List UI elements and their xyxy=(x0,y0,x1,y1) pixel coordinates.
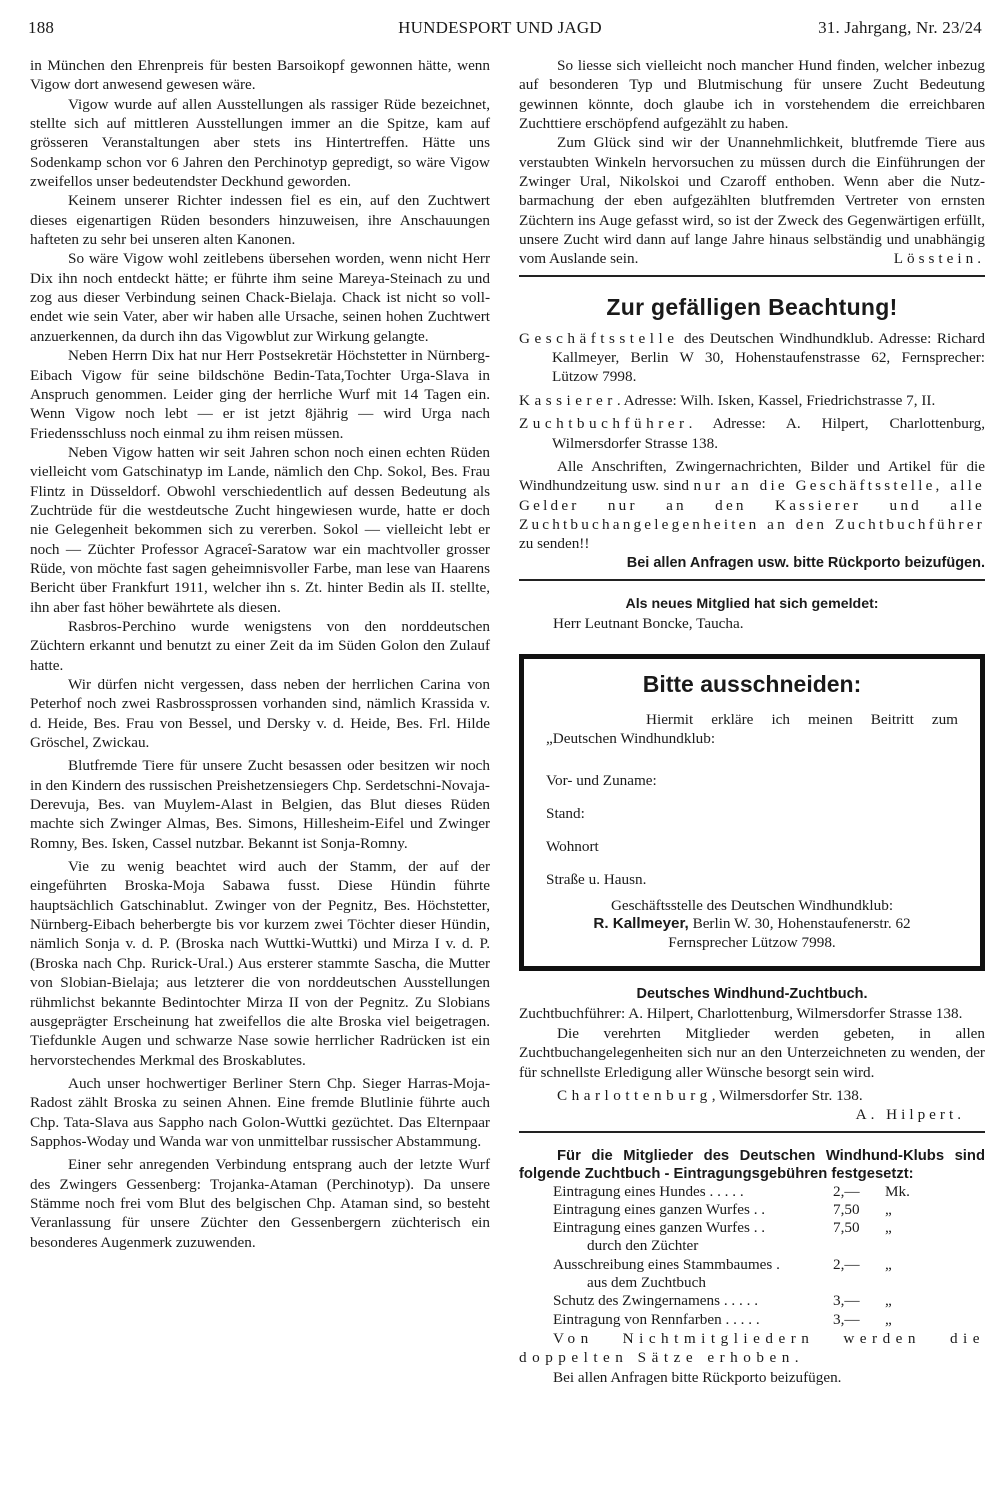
fee-row: Ausschreibung eines Stammbaumes .2,—„ xyxy=(519,1256,985,1274)
article-paragraph: Neben Herrn Dix hat nur Herr Postsekretä… xyxy=(30,346,490,443)
fee-row: Eintragung von Rennfarben . . . . .3,—„ xyxy=(519,1311,985,1329)
article-paragraph: So wäre Vigow wohl zeitlebens übersehen … xyxy=(30,249,490,346)
left-column: in München den Ehrenpreis für besten Bar… xyxy=(30,56,490,1252)
fee-amount: 2,— xyxy=(833,1256,885,1274)
section-divider xyxy=(519,275,985,277)
form-field-residence[interactable]: Wohnort xyxy=(546,837,958,856)
address-street: Berlin W. 30, Hohenstaufenerstr. 62 xyxy=(689,915,911,932)
fee-subtext: aus dem Zuchtbuch xyxy=(519,1274,985,1292)
article-paragraph: Einer sehr anregenden Verbindung entspra… xyxy=(30,1155,490,1252)
fees-nonmember-note: Von Nichtmitgliedern werden die doppelte… xyxy=(519,1329,985,1368)
fee-row: Eintragung eines ganzen Wurfes . .7,50„ xyxy=(519,1219,985,1237)
right-column: So liesse sich vielleicht noch mancher H… xyxy=(519,56,985,1387)
studbook-keeper: Zuchtbuchführer: A. Hilpert, Charlottenb… xyxy=(519,1004,985,1023)
article-paragraph: Keinem unserer Richter indessen fiel es … xyxy=(30,191,490,249)
article-paragraph: Vigow wurde auf allen Ausstellungen als … xyxy=(30,95,490,192)
address-name: R. Kallmeyer, xyxy=(593,915,688,932)
fee-unit: „ xyxy=(885,1256,925,1274)
fees-closing: Bei allen Anfragen bitte Rückporto beizu… xyxy=(519,1368,985,1387)
studbook-heading: Deutsches Windhund-Zuchtbuch. xyxy=(519,985,985,1004)
fee-row: Eintragung eines Hundes . . . . .2,—Mk. xyxy=(519,1183,985,1201)
fee-label: Eintragung von Rennfarben . . . . . xyxy=(553,1311,833,1329)
article-paragraph: Zum Glück sind wir der Unannehmlichkeit,… xyxy=(519,133,985,268)
notice-return-postage: Bei allen Anfragen usw. bitte Rückporto … xyxy=(519,554,985,573)
article-paragraph: Blutfremde Tiere für unsere Zucht besass… xyxy=(30,756,490,853)
address-line: Geschäftsstelle des Deutschen Windhundkl… xyxy=(546,897,958,916)
fee-amount: 7,50 xyxy=(833,1219,885,1237)
fee-label: Schutz des Zwingernamens . . . . . xyxy=(553,1292,833,1310)
author-signature: Lösstein. xyxy=(856,249,985,268)
form-intro: Hiermit erkläre ich meinen Beitritt zum … xyxy=(546,710,958,749)
section-divider xyxy=(519,1131,985,1133)
notice-role: Zuchtbuchführer xyxy=(519,415,689,432)
article-paragraph: So liesse sich vielleicht noch mancher H… xyxy=(519,56,985,133)
notice-body-text: zu senden!! xyxy=(519,535,589,552)
address-line: R. Kallmeyer, Berlin W. 30, Hohenstaufen… xyxy=(546,915,958,934)
issue-info: 31. Jahrgang, Nr. 23/24 xyxy=(818,18,982,38)
fee-label: Eintragung eines ganzen Wurfes . . xyxy=(553,1219,833,1237)
fee-subtext: durch den Züchter xyxy=(519,1237,985,1255)
form-office-address: Geschäftsstelle des Deutschen Windhundkl… xyxy=(546,897,958,953)
notice-entry-treasurer: Kassierer. Adresse: Wilh. Isken, Kassel,… xyxy=(519,391,985,410)
studbook-body: Die verehrten Mitglieder werden gebeten,… xyxy=(519,1024,985,1082)
membership-form: Bitte ausschneiden: Hiermit erkläre ich … xyxy=(519,654,985,972)
new-member-name: Herr Leutnant Boncke, Taucha. xyxy=(519,614,985,633)
article-paragraph: Neben Vigow hatten wir seit Jahren schon… xyxy=(30,443,490,617)
article-paragraph: Wir dürfen nicht vergessen, dass neben d… xyxy=(30,675,490,752)
fee-unit: Mk. xyxy=(885,1183,925,1201)
form-field-label: Straße u. Hausn. xyxy=(546,871,646,888)
studbook-signature: A. Hilpert. xyxy=(519,1105,985,1124)
form-field-label: Vor- und Zuname: xyxy=(546,772,657,789)
studbook-keeper-text: Zuchtbuchführer: A. Hilpert, Charlottenb… xyxy=(519,1005,962,1022)
form-heading: Bitte ausschneiden: xyxy=(546,675,958,694)
fee-row: Schutz des Zwingernamens . . . . .3,—„ xyxy=(519,1292,985,1310)
fee-unit: „ xyxy=(885,1219,925,1237)
form-field-name[interactable]: Vor- und Zuname: xyxy=(546,771,958,790)
article-paragraph: Rasbros-Perchino wurde wenigstens von de… xyxy=(30,617,490,675)
fee-label: Eintragung eines Hundes . . . . . xyxy=(553,1183,833,1201)
fee-unit: „ xyxy=(885,1311,925,1329)
fee-amount: 2,— xyxy=(833,1183,885,1201)
article-paragraph: Vie zu wenig beachtet wird auch der Stam… xyxy=(30,857,490,1070)
notice-entry-studbook-keeper: Zuchtbuchführer. Adresse: A. Hilpert, Ch… xyxy=(519,414,985,453)
fee-label: Eintragung eines ganzen Wurfes . . xyxy=(553,1201,833,1219)
fee-unit: „ xyxy=(885,1201,925,1219)
notice-heading: Zur gefälligen Beachtung! xyxy=(519,293,985,321)
fee-unit: „ xyxy=(885,1292,925,1310)
form-field-street[interactable]: Straße u. Hausn. xyxy=(546,870,958,889)
notice-body: Alle Anschriften, Zwingernachrichten, Bi… xyxy=(519,457,985,554)
notice-role: Kassierer xyxy=(519,392,617,409)
section-divider xyxy=(519,579,985,581)
notice-text: . Adresse: Wilh. Isken, Kassel, Friedric… xyxy=(617,392,935,409)
article-paragraph: Auch unser hochwertiger Berliner Stern C… xyxy=(30,1074,490,1151)
fee-amount: 3,— xyxy=(833,1311,885,1329)
studbook-place-city: Charlottenburg xyxy=(557,1087,712,1104)
form-field-occupation[interactable]: Stand: xyxy=(546,804,958,823)
studbook-place-street: , Wilmersdorfer Str. 138. xyxy=(712,1087,863,1104)
fee-list: Eintragung eines Hundes . . . . .2,—Mk.E… xyxy=(519,1183,985,1329)
fee-label: Ausschreibung eines Stammbaumes . xyxy=(553,1256,833,1274)
fee-row: Eintragung eines ganzen Wurfes . .7,50„ xyxy=(519,1201,985,1219)
fee-amount: 3,— xyxy=(833,1292,885,1310)
notice-role: Geschäftsstelle xyxy=(519,330,678,347)
form-field-label: Stand: xyxy=(546,805,585,822)
studbook-place: Charlottenburg, Wilmersdorfer Str. 138. xyxy=(519,1086,985,1105)
form-field-label: Wohnort xyxy=(546,838,599,855)
article-paragraph: in München den Ehrenpreis für besten Bar… xyxy=(30,56,490,95)
address-phone: Fernsprecher Lützow 7998. xyxy=(546,934,958,953)
new-member-heading: Als neues Mitglied hat sich gemeldet: xyxy=(519,595,985,614)
article-paragraph-text: Zum Glück sind wir der Unannehmlichkeit,… xyxy=(519,134,985,267)
notice-entry-office: Geschäftsstelle des Deutschen Wind­hundk… xyxy=(519,329,985,387)
fees-heading: Für die Mitglieder des Deutschen Windhun… xyxy=(519,1147,985,1183)
fee-amount: 7,50 xyxy=(833,1201,885,1219)
